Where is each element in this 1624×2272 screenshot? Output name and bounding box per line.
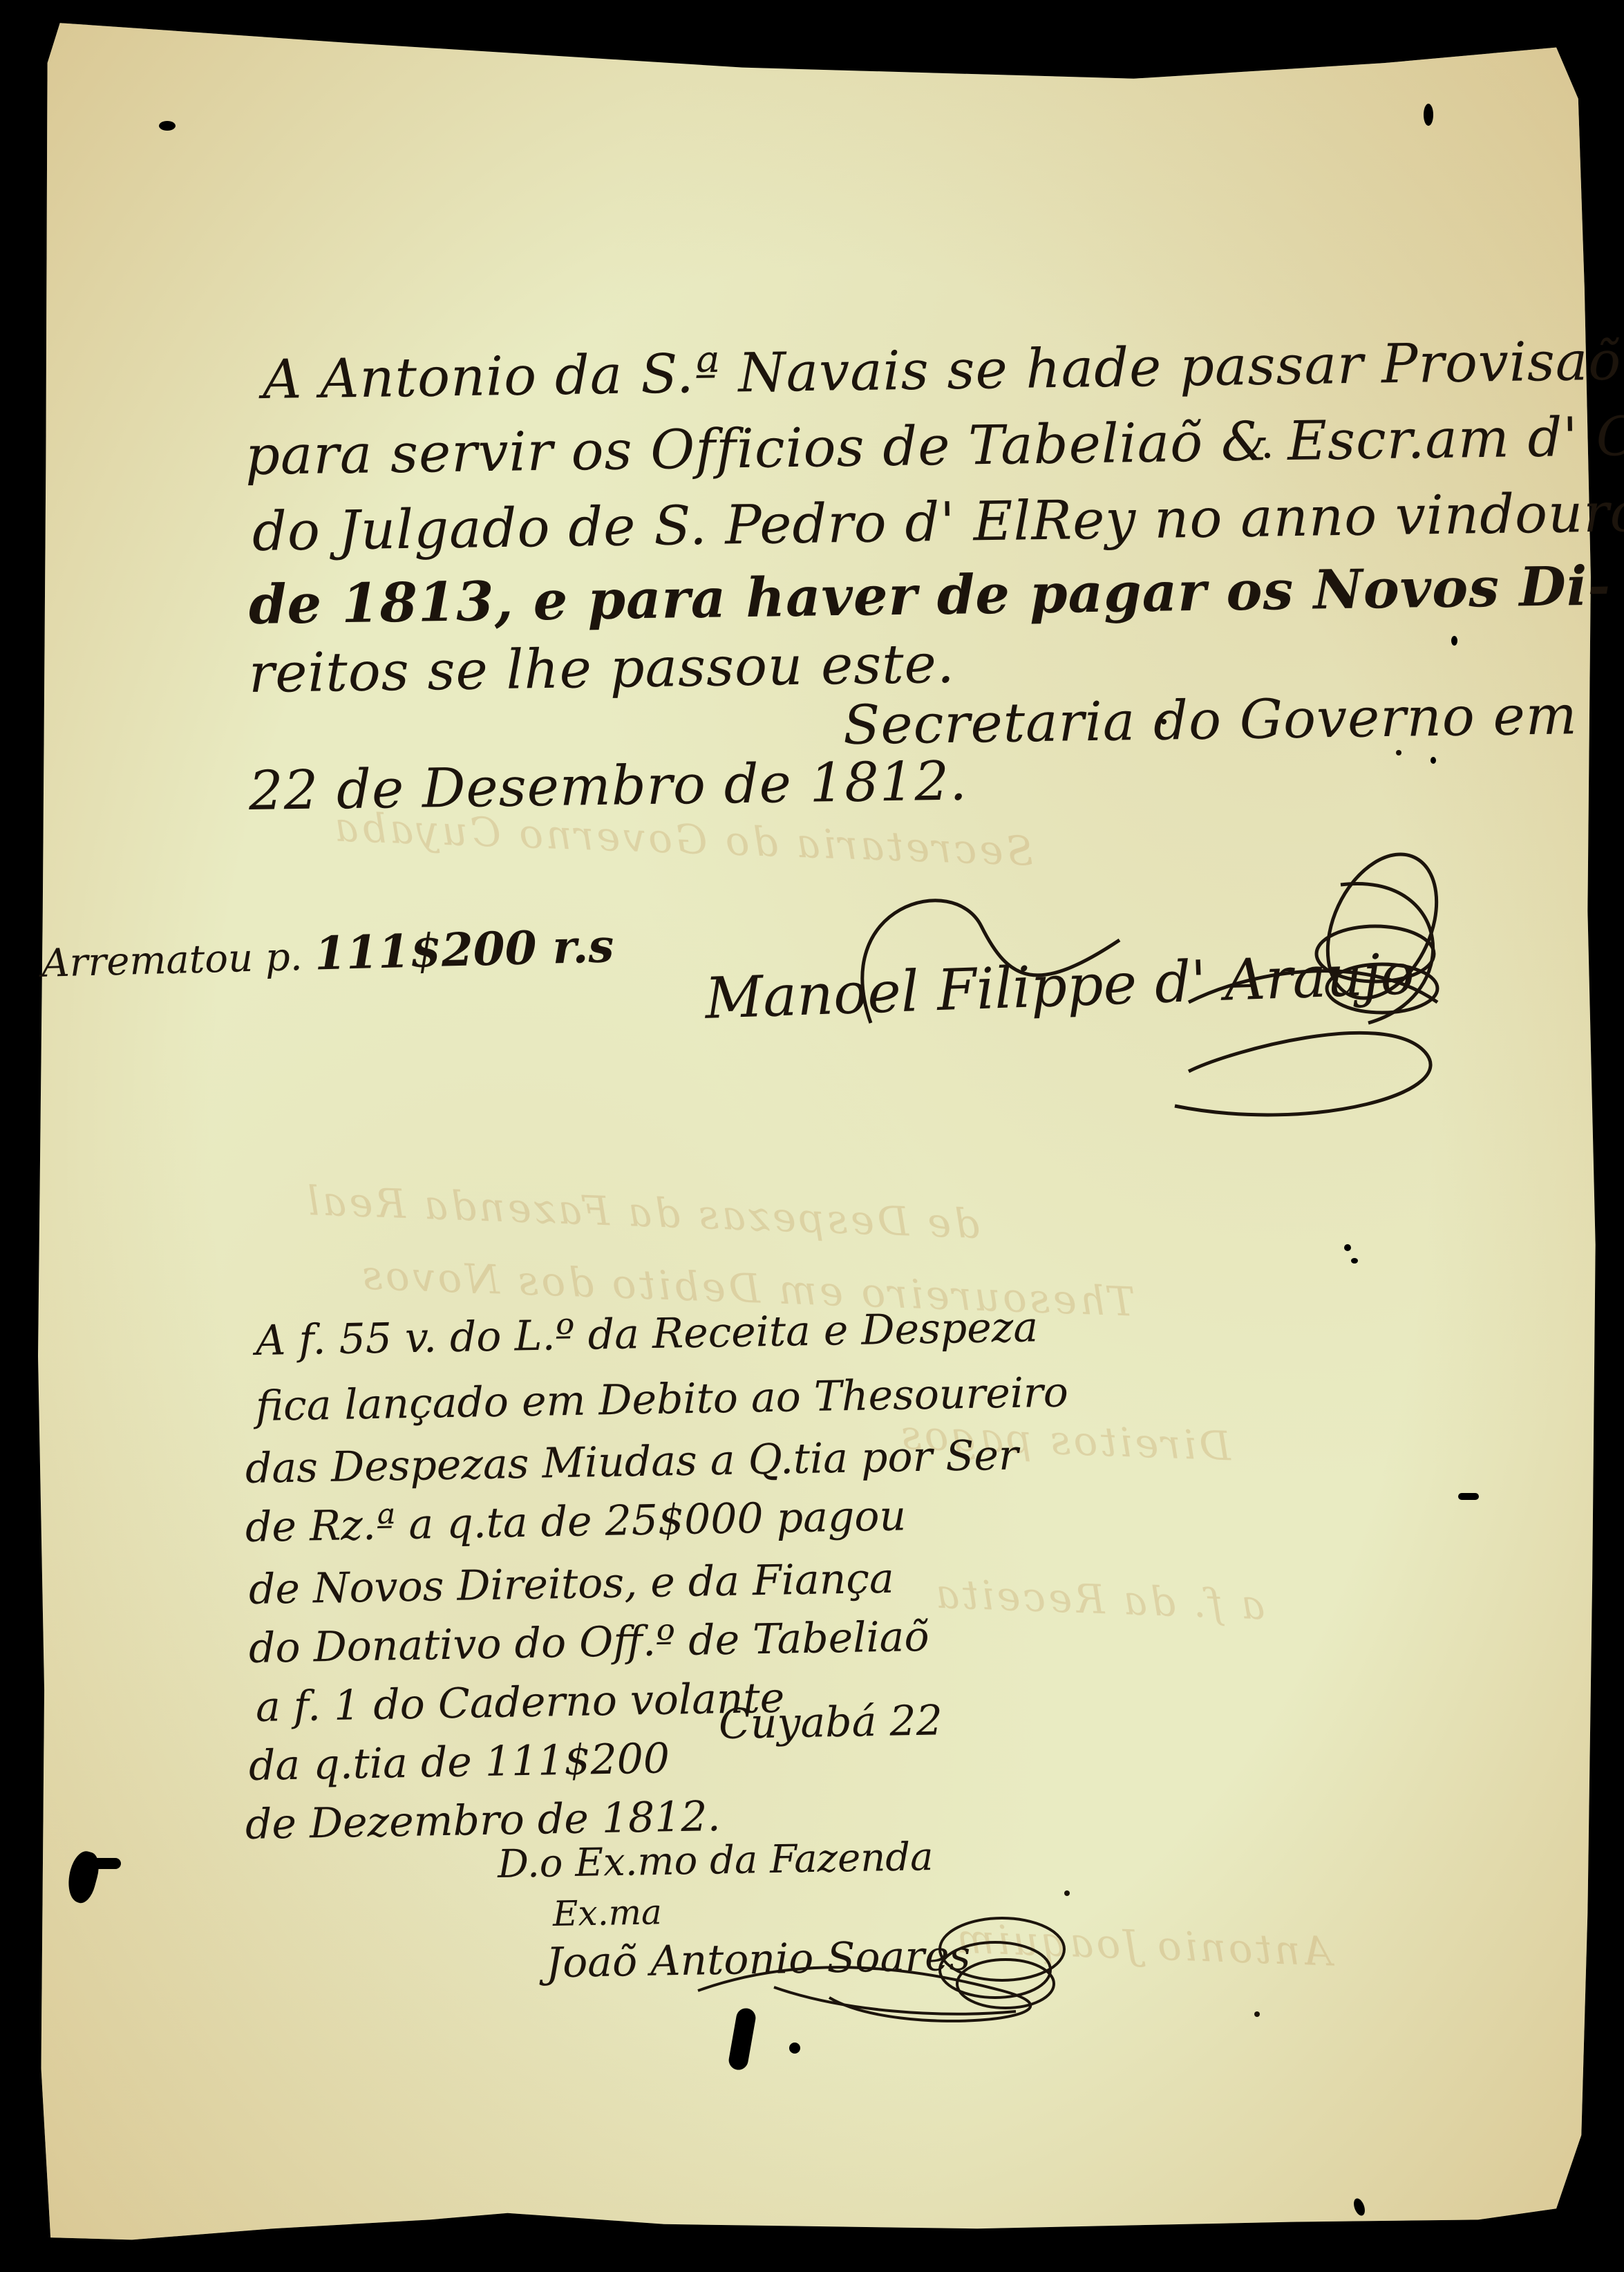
place-line: Secretaria do Governo em: [842, 684, 1578, 757]
date-line: 22 de Desembro de 1812.: [248, 750, 967, 823]
lower-note-line-7: a f. 1 do Caderno volante: [255, 1674, 784, 1731]
paper-hole: [1458, 1493, 1479, 1500]
paper-hole: [159, 121, 176, 131]
lower-note-closing-2: Ex.ma: [552, 1892, 662, 1934]
paper-hole: [1424, 104, 1433, 126]
ink-speck: [1254, 2011, 1260, 2017]
ink-speck: [1265, 453, 1270, 458]
paper-hole: [789, 2043, 800, 2054]
lower-note-line-8: da q.tia de 111$200: [248, 1734, 670, 1790]
ink-speck: [1396, 750, 1401, 755]
margin-note-label: Arrematou p.: [41, 935, 303, 986]
lower-note-place-date: Cuyabá 22: [718, 1696, 943, 1749]
paper-hole: [79, 1858, 121, 1869]
ink-speck: [1064, 1890, 1070, 1896]
ink-speck: [1161, 719, 1167, 724]
margin-note-amount: 111$200 r.s: [314, 919, 614, 980]
signature-flourish-1: [691, 843, 1520, 1120]
lower-note-closing: D.o Ex.mo da Fazenda: [497, 1834, 934, 1887]
paper-hole: [1344, 1244, 1351, 1251]
paper-hole: [1451, 636, 1457, 646]
paper-hole: [1351, 1258, 1358, 1264]
paper-hole: [1431, 757, 1436, 764]
